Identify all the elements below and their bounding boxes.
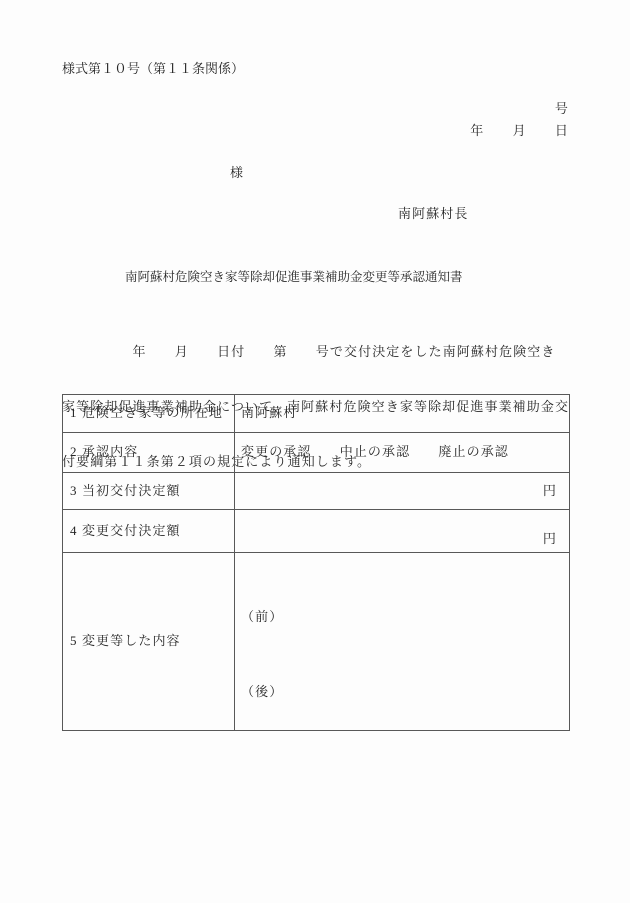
- row-label-changed-grant-amount: 4 変更交付決定額: [63, 510, 235, 553]
- changed-content-before: （前）: [241, 609, 569, 625]
- changed-content-after: （後）: [241, 684, 569, 700]
- row-label-changed-content: 5 変更等した内容: [63, 553, 235, 731]
- document-number-line: 号: [0, 102, 569, 117]
- row-label-initial-grant-amount: 3 当初交付決定額: [63, 473, 235, 510]
- table-row-changed-content: 5 変更等した内容 （前） （後）: [63, 553, 570, 731]
- form-number-line: 様式第１０号（第１１条関係）: [62, 62, 244, 77]
- table-row-approval-content: 2 承認内容 変更の承認 中止の承認 廃止の承認: [63, 433, 570, 473]
- sender-name: 南阿蘇村長: [398, 207, 469, 222]
- form-table: 1 危険空き家等の所在地 南阿蘇村 2 承認内容 変更の承認 中止の承認 廃止の…: [62, 394, 570, 731]
- table-row-changed-grant-amount: 4 変更交付決定額 円: [63, 510, 570, 553]
- row-label-location: 1 危険空き家等の所在地: [63, 395, 235, 433]
- table-row-location: 1 危険空き家等の所在地 南阿蘇村: [63, 395, 570, 433]
- document-title: 南阿蘇村危険空き家等除却促進事業補助金変更等承認通知書: [125, 270, 463, 284]
- date-line: 年 月 日: [0, 124, 569, 139]
- row-value-initial-grant-amount: 円: [235, 473, 570, 510]
- recipient-honorific: 様: [230, 166, 243, 181]
- row-value-changed-grant-amount: 円: [235, 510, 570, 553]
- table-row-initial-grant-amount: 3 当初交付決定額 円: [63, 473, 570, 510]
- row-label-approval-content: 2 承認内容: [63, 433, 235, 473]
- row-value-changed-content: （前） （後）: [235, 553, 570, 731]
- row-value-location: 南阿蘇村: [235, 395, 570, 433]
- body-line-1: 年 月 日付 第 号で交付決定をした南阿蘇村危険空き: [62, 339, 578, 364]
- row-value-approval-content: 変更の承認 中止の承認 廃止の承認: [235, 433, 570, 473]
- document-page: 様式第１０号（第１１条関係） 号 年 月 日 様 南阿蘇村長 南阿蘇村危険空き家…: [0, 0, 630, 903]
